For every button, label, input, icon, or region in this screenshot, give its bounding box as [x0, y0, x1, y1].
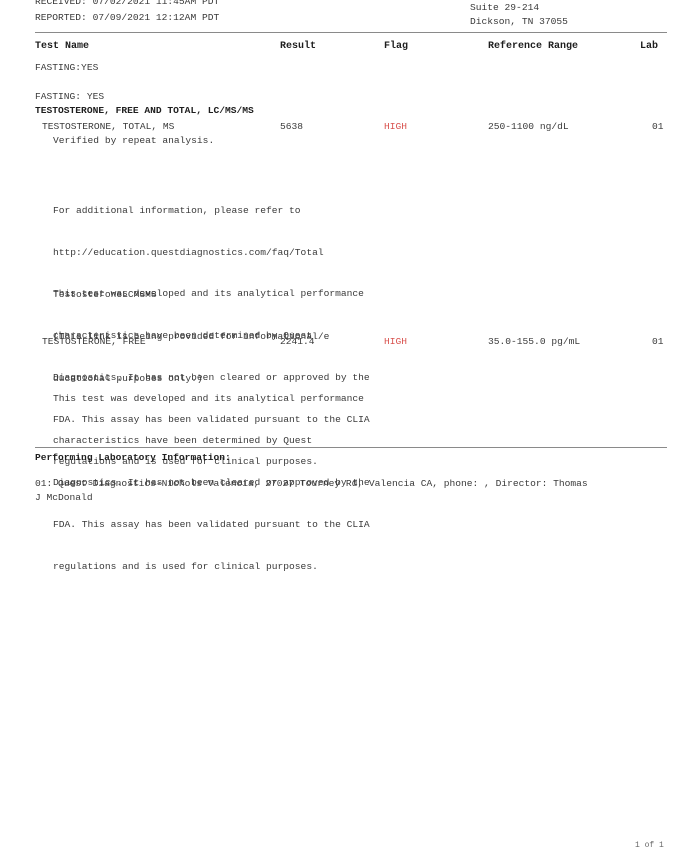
disclaimer-line: characteristics have been determined by …	[53, 434, 370, 448]
disclaimer-paragraph: This test was developed and its analytic…	[53, 364, 370, 588]
column-header-flag: Flag	[384, 41, 408, 53]
address-line-1: Suite 29-214	[470, 2, 539, 14]
received-date: RECEIVED: 07/02/2021 11:45AM PDT	[35, 0, 219, 8]
page-number: 1 of 1	[635, 840, 664, 852]
panel-title: TESTOSTERONE, FREE AND TOTAL, LC/MS/MS	[35, 105, 254, 117]
test-name: TESTOSTERONE, FREE	[42, 336, 146, 348]
performing-lab-line-1: 01: Quest Diagnostics-Nichols Valencia, …	[35, 478, 588, 490]
header-divider	[35, 32, 667, 33]
test-lab: 01	[652, 336, 664, 348]
disclaimer-line: This test was developed and its analytic…	[53, 392, 370, 406]
info-line: For additional information, please refer…	[53, 204, 329, 218]
address-line-2: Dickson, TN 37055	[470, 16, 568, 28]
test-note: Verified by repeat analysis.	[53, 135, 214, 147]
reported-date: REPORTED: 07/09/2021 12:12AM PDT	[35, 12, 219, 24]
disclaimer-line: FDA. This assay has been validated pursu…	[53, 518, 370, 532]
column-header-lab: Lab	[640, 41, 658, 53]
performing-lab-title: Performing Laboratory Information:	[35, 452, 231, 464]
disclaimer-line: This test was developed and its analytic…	[53, 287, 370, 301]
section-divider	[35, 447, 667, 448]
test-reference-range: 250-1100 ng/dL	[488, 121, 569, 133]
column-header-test-name: Test Name	[35, 41, 89, 53]
fasting-status-panel: FASTING: YES	[35, 91, 104, 103]
test-flag: HIGH	[384, 121, 407, 133]
fasting-status-top: FASTING:YES	[35, 62, 98, 74]
info-link: http://education.questdiagnostics.com/fa…	[53, 246, 329, 260]
test-result: 2241.4	[280, 336, 315, 348]
test-result: 5638	[280, 121, 303, 133]
test-lab: 01	[652, 121, 664, 133]
disclaimer-line: regulations and is used for clinical pur…	[53, 560, 370, 574]
column-header-reference-range: Reference Range	[488, 41, 578, 53]
test-name: TESTOSTERONE, TOTAL, MS	[42, 121, 174, 133]
clinical-info-label: Clinical Info:	[244, 0, 332, 4]
test-flag: HIGH	[384, 336, 407, 348]
test-reference-range: 35.0-155.0 pg/mL	[488, 336, 580, 348]
column-header-result: Result	[280, 41, 316, 53]
performing-lab-line-2: J McDonald	[35, 492, 93, 504]
